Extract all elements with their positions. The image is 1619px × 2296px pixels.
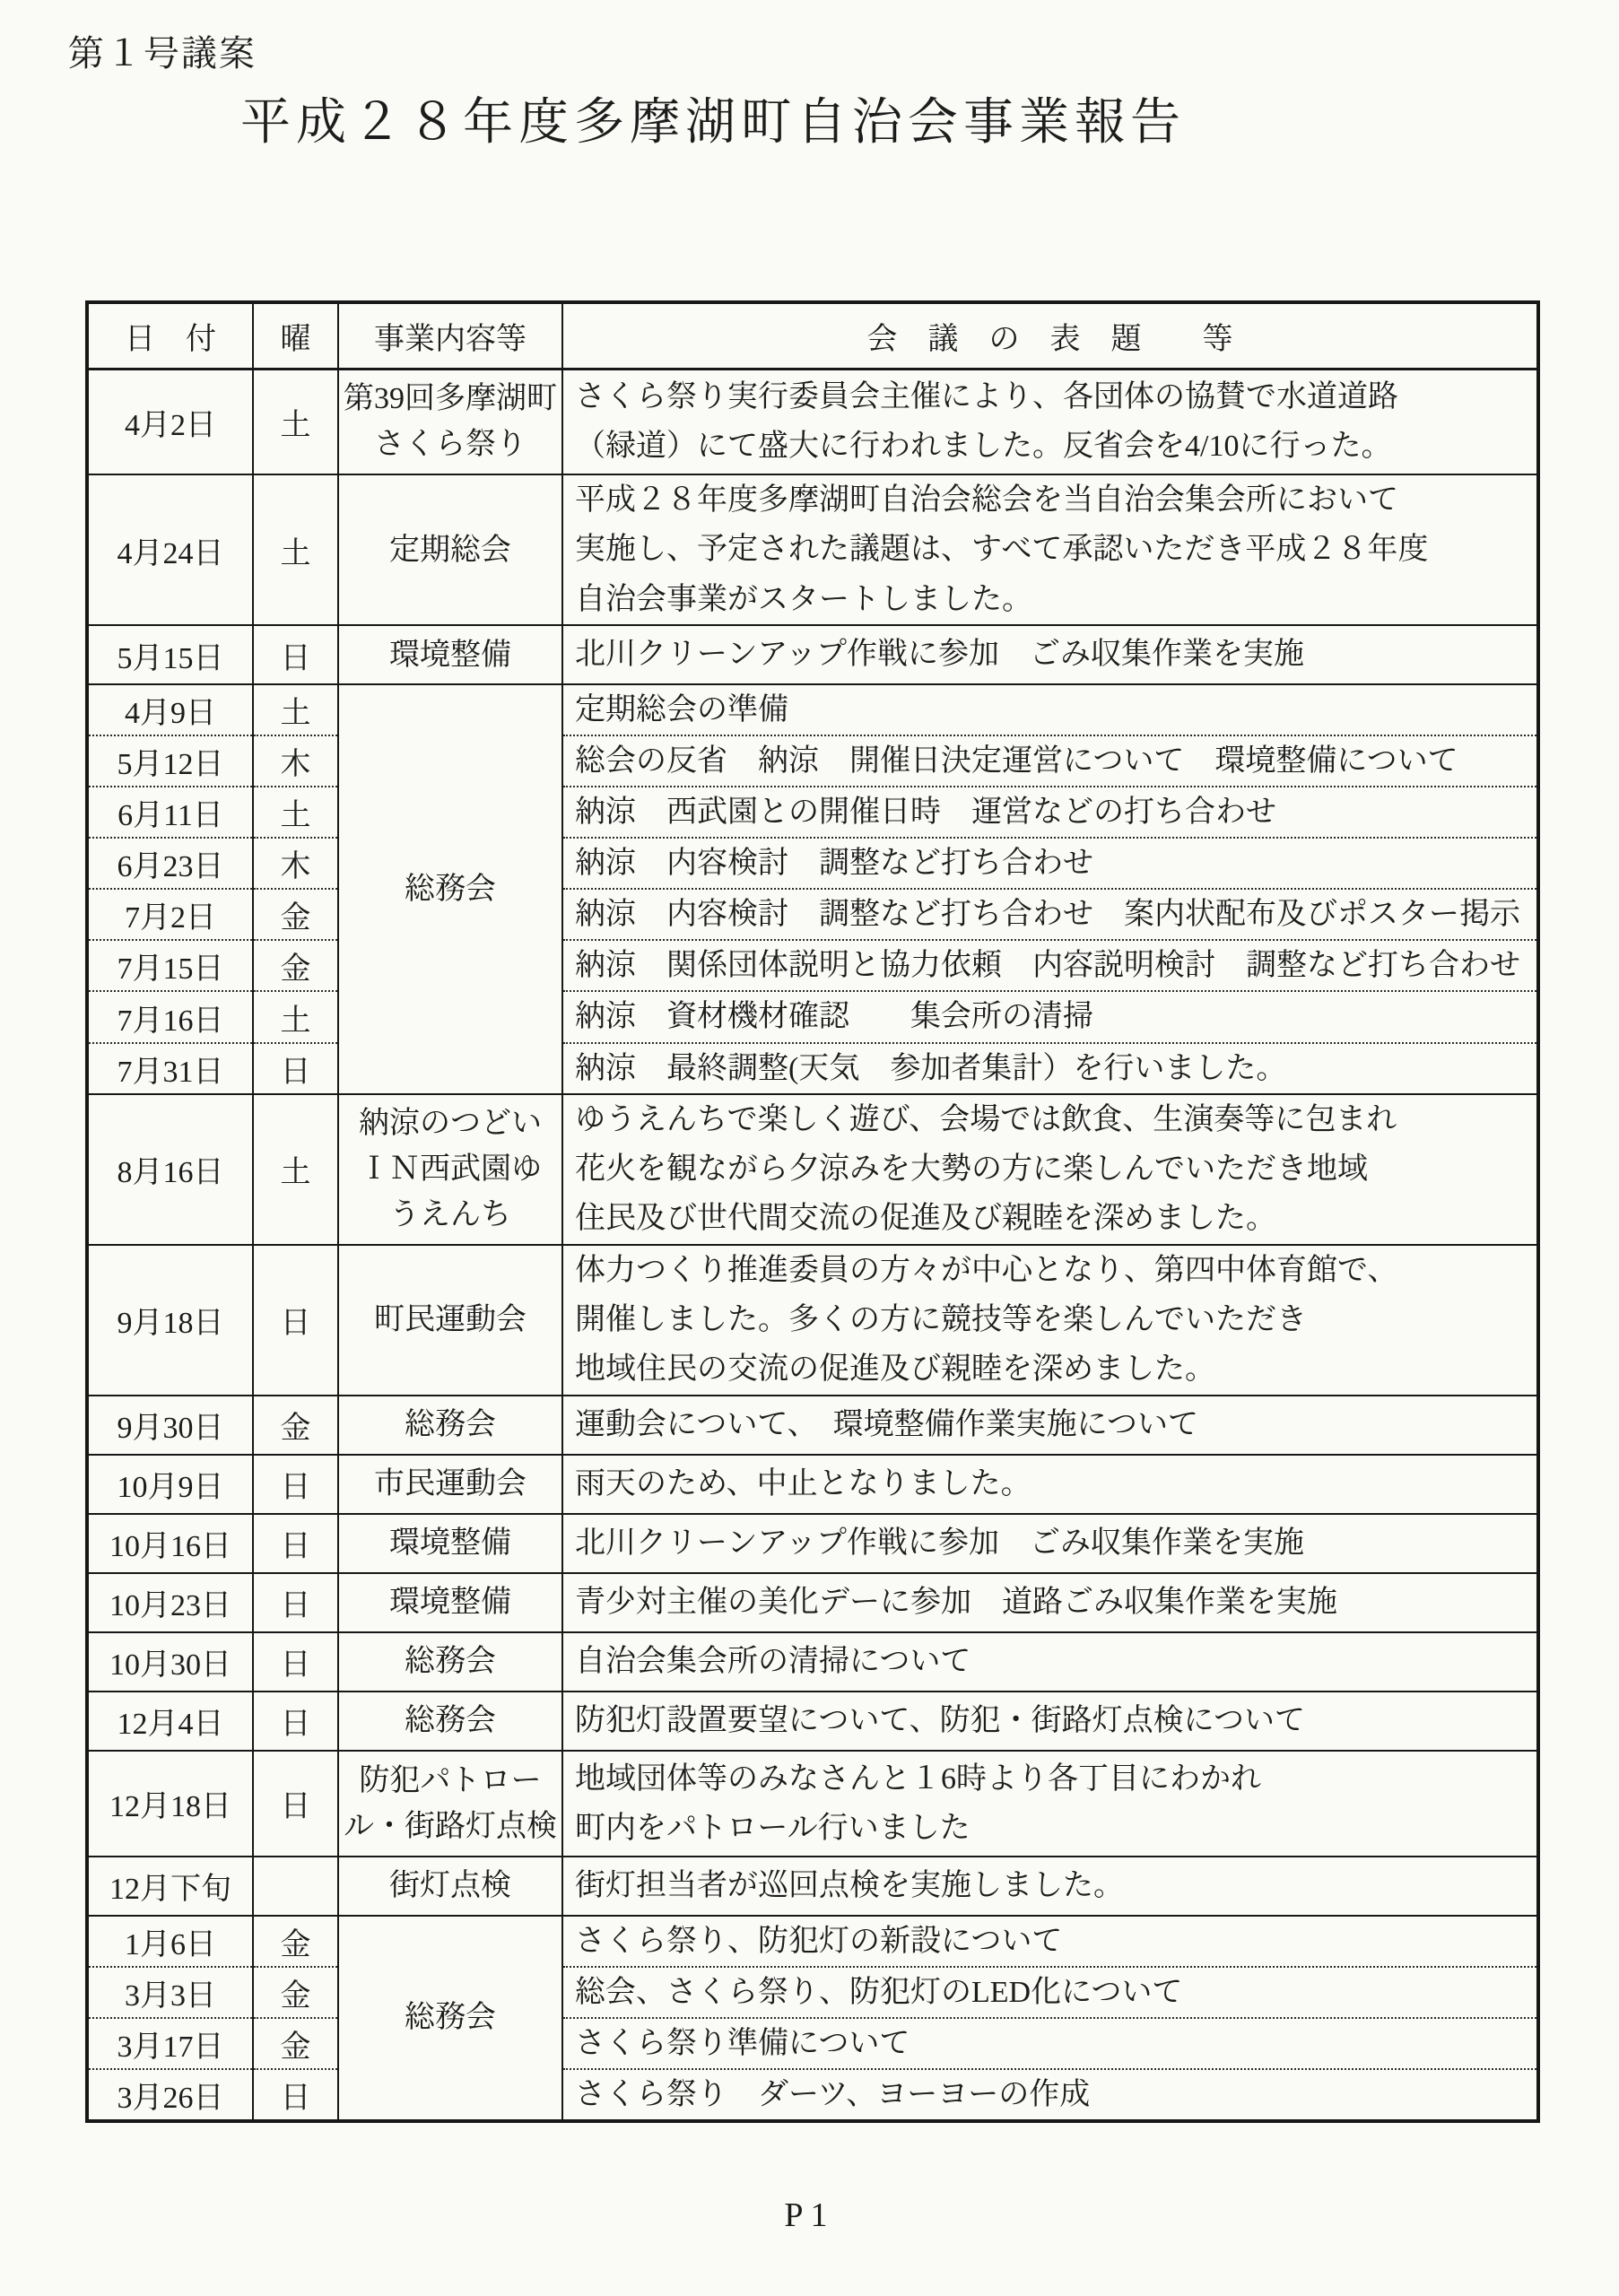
day-cell: 金: [253, 2018, 338, 2069]
table-row: 3月26日 日 さくら祭り ダーツ、ヨーヨーの作成: [87, 2069, 1538, 2121]
description-cell: 運動会について、 環境整備作業実施について: [562, 1396, 1538, 1455]
description-cell: ゆうえんちで楽しく遊び、会場では飲食、生演奏等に包まれ 花火を観ながら夕涼みを大…: [562, 1094, 1538, 1245]
category-cell: 総務会: [338, 1692, 562, 1751]
day-cell: 金: [253, 940, 338, 991]
date-cell: 4月9日: [87, 684, 253, 735]
table-row: 4月9日 土 総務会 定期総会の準備: [87, 684, 1538, 735]
description-line: 実施し、予定された議題は、すべて承認いただき平成２８年度: [575, 525, 1533, 574]
category-cell: 町民運動会: [338, 1245, 562, 1396]
date-cell: 10月9日: [87, 1455, 253, 1514]
day-cell: 木: [253, 838, 338, 889]
table-row: 12月18日 日 防犯パトロー ル・街路灯点検 地域団体等のみなさんと１6時より…: [87, 1751, 1538, 1857]
description-cell: 定期総会の準備: [562, 684, 1538, 735]
scanned-document-page: 第１号議案 平成２８年度多摩湖町自治会事業報告 日 付 曜 事業内容等 会 議 …: [0, 0, 1619, 2296]
day-cell: 日: [253, 1455, 338, 1514]
description-cell: 納涼 最終調整(天気 参加者集計）を行いました。: [562, 1043, 1538, 1094]
date-cell: 9月30日: [87, 1396, 253, 1455]
date-cell: 4月24日: [87, 474, 253, 625]
page-number: P1: [0, 2196, 1619, 2235]
date-cell: 7月15日: [87, 940, 253, 991]
description-line: 町内をパトロール行いました: [575, 1804, 1533, 1853]
description-cell: 北川クリーンアップ作戦に参加 ごみ収集作業を実施: [562, 1514, 1538, 1573]
description-line: 地域住民の交流の促進及び親睦を深めました。: [575, 1344, 1533, 1394]
table-header-row: 日 付 曜 事業内容等 会 議 の 表 題 等: [87, 302, 1538, 369]
description-cell: 北川クリーンアップ作戦に参加 ごみ収集作業を実施: [562, 625, 1538, 684]
category-cell-merged: 総務会: [338, 684, 562, 1094]
header-category: 事業内容等: [338, 302, 562, 369]
business-report-table: 日 付 曜 事業内容等 会 議 の 表 題 等 4月2日 土 第39回多摩湖町 …: [85, 300, 1540, 2123]
day-cell: 日: [253, 1043, 338, 1094]
day-cell: 土: [253, 787, 338, 838]
date-cell: 7月2日: [87, 889, 253, 940]
category-line: 防犯パトロー: [339, 1758, 561, 1804]
description-line: 花火を観ながら夕涼みを大勢の方に楽しんでいただき地域: [575, 1144, 1533, 1194]
day-cell: 金: [253, 1967, 338, 2018]
table-row: 3月3日 金 総会、さくら祭り、防犯灯のLED化について: [87, 1967, 1538, 2018]
day-cell: 土: [253, 991, 338, 1042]
category-line: さくら祭り: [339, 422, 561, 467]
date-cell: 8月16日: [87, 1094, 253, 1245]
description-cell: さくら祭り準備について: [562, 2018, 1538, 2069]
day-cell: 日: [253, 625, 338, 684]
day-cell: 日: [253, 1514, 338, 1573]
day-cell: 金: [253, 1396, 338, 1455]
date-cell: 12月18日: [87, 1751, 253, 1857]
description-line: 自治会事業がスタートしました。: [575, 575, 1533, 624]
category-cell: 街灯点検: [338, 1857, 562, 1916]
header-day: 曜: [253, 302, 338, 369]
day-cell: 日: [253, 1632, 338, 1692]
description-cell: さくら祭り、防犯灯の新設について: [562, 1916, 1538, 1967]
description-cell: 青少対主催の美化デーに参加 道路ごみ収集作業を実施: [562, 1573, 1538, 1632]
description-cell: 総会の反省 納涼 開催日決定運営について 環境整備について: [562, 735, 1538, 787]
day-cell: 土: [253, 369, 338, 474]
table-row: 1月6日 金 総務会 さくら祭り、防犯灯の新設について: [87, 1916, 1538, 1967]
category-cell: 総務会: [338, 1396, 562, 1455]
table-row: 5月15日 日 環境整備 北川クリーンアップ作戦に参加 ごみ収集作業を実施: [87, 625, 1538, 684]
day-cell: 日: [253, 1692, 338, 1751]
category-line: 第39回多摩湖町: [339, 376, 561, 422]
day-cell: [253, 1857, 338, 1916]
table-row: 4月2日 土 第39回多摩湖町 さくら祭り さくら祭り実行委員会主催により、各団…: [87, 369, 1538, 474]
table-row: 12月下旬 街灯点検 街灯担当者が巡回点検を実施しました。: [87, 1857, 1538, 1916]
description-cell: 雨天のため、中止となりました。: [562, 1455, 1538, 1514]
date-cell: 5月12日: [87, 735, 253, 787]
docket-number: 第１号議案: [68, 25, 257, 76]
date-cell: 10月23日: [87, 1573, 253, 1632]
category-line: うえんち: [339, 1192, 561, 1238]
date-cell: 10月30日: [87, 1632, 253, 1692]
table-row: 10月16日 日 環境整備 北川クリーンアップ作戦に参加 ごみ収集作業を実施: [87, 1514, 1538, 1573]
date-cell: 6月11日: [87, 787, 253, 838]
description-cell: さくら祭り ダーツ、ヨーヨーの作成: [562, 2069, 1538, 2121]
table-row: 7月16日 土 納涼 資材機材確認 集会所の清掃: [87, 991, 1538, 1042]
category-cell-merged: 総務会: [338, 1916, 562, 2121]
table-row: 8月16日 土 納涼のつどい ＩＮ西武園ゆ うえんち ゆうえんちで楽しく遊び、会…: [87, 1094, 1538, 1245]
category-cell: 定期総会: [338, 474, 562, 625]
description-cell: 納涼 関係団体説明と協力依頼 内容説明検討 調整など打ち合わせ: [562, 940, 1538, 991]
category-cell: 総務会: [338, 1632, 562, 1692]
table-row: 9月18日 日 町民運動会 体力つくり推進委員の方々が中心となり、第四中体育館で…: [87, 1245, 1538, 1396]
date-cell: 7月16日: [87, 991, 253, 1042]
category-line: ル・街路灯点検: [339, 1804, 561, 1849]
description-cell: 体力つくり推進委員の方々が中心となり、第四中体育館で、 開催しました。多くの方に…: [562, 1245, 1538, 1396]
day-cell: 日: [253, 1245, 338, 1396]
description-line: ゆうえんちで楽しく遊び、会場では飲食、生演奏等に包まれ: [575, 1095, 1533, 1144]
table-row: 6月11日 土 納涼 西武園との開催日時 運営などの打ち合わせ: [87, 787, 1538, 838]
category-cell: 防犯パトロー ル・街路灯点検: [338, 1751, 562, 1857]
day-cell: 金: [253, 889, 338, 940]
day-cell: 日: [253, 1573, 338, 1632]
table-row: 7月2日 金 納涼 内容検討 調整など打ち合わせ 案内状配布及びポスター掲示: [87, 889, 1538, 940]
day-cell: 日: [253, 2069, 338, 2121]
description-line: 開催しました。多くの方に競技等を楽しんでいただき: [575, 1295, 1533, 1344]
table-row: 10月9日 日 市民運動会 雨天のため、中止となりました。: [87, 1455, 1538, 1514]
description-cell: 防犯灯設置要望について、防犯・街路灯点検について: [562, 1692, 1538, 1751]
day-cell: 土: [253, 474, 338, 625]
day-cell: 土: [253, 1094, 338, 1245]
date-cell: 3月26日: [87, 2069, 253, 2121]
description-cell: 総会、さくら祭り、防犯灯のLED化について: [562, 1967, 1538, 2018]
table-row: 7月15日 金 納涼 関係団体説明と協力依頼 内容説明検討 調整など打ち合わせ: [87, 940, 1538, 991]
date-cell: 6月23日: [87, 838, 253, 889]
description-line: さくら祭り実行委員会主催により、各団体の協賛で水道道路: [575, 372, 1533, 422]
table-row: 3月17日 金 さくら祭り準備について: [87, 2018, 1538, 2069]
date-cell: 9月18日: [87, 1245, 253, 1396]
category-line: ＩＮ西武園ゆ: [339, 1146, 561, 1192]
category-line: 納涼のつどい: [339, 1100, 561, 1146]
description-line: （緑道）にて盛大に行われました。反省会を4/10に行った。: [575, 422, 1533, 471]
description-line: 体力つくり推進委員の方々が中心となり、第四中体育館で、: [575, 1246, 1533, 1295]
day-cell: 木: [253, 735, 338, 787]
description-line: 平成２８年度多摩湖町自治会総会を当自治会集会所において: [575, 475, 1533, 525]
date-cell: 7月31日: [87, 1043, 253, 1094]
description-cell: 納涼 資材機材確認 集会所の清掃: [562, 991, 1538, 1042]
header-meeting-title: 会 議 の 表 題 等: [562, 302, 1538, 369]
date-cell: 10月16日: [87, 1514, 253, 1573]
header-date: 日 付: [87, 302, 253, 369]
day-cell: 金: [253, 1916, 338, 1967]
description-cell: 街灯担当者が巡回点検を実施しました。: [562, 1857, 1538, 1916]
description-cell: 納涼 内容検討 調整など打ち合わせ: [562, 838, 1538, 889]
day-cell: 日: [253, 1751, 338, 1857]
table-row: 5月12日 木 総会の反省 納涼 開催日決定運営について 環境整備について: [87, 735, 1538, 787]
description-cell: 地域団体等のみなさんと１6時より各丁目にわかれ 町内をパトロール行いました: [562, 1751, 1538, 1857]
category-cell: 市民運動会: [338, 1455, 562, 1514]
table-row: 12月4日 日 総務会 防犯灯設置要望について、防犯・街路灯点検について: [87, 1692, 1538, 1751]
description-line: 住民及び世代間交流の促進及び親睦を深めました。: [575, 1194, 1533, 1243]
day-cell: 土: [253, 684, 338, 735]
description-line: 地域団体等のみなさんと１6時より各丁目にわかれ: [575, 1754, 1533, 1804]
category-cell: 環境整備: [338, 1573, 562, 1632]
date-cell: 12月下旬: [87, 1857, 253, 1916]
description-cell: 納涼 内容検討 調整など打ち合わせ 案内状配布及びポスター掲示: [562, 889, 1538, 940]
category-cell: 納涼のつどい ＩＮ西武園ゆ うえんち: [338, 1094, 562, 1245]
date-cell: 1月6日: [87, 1916, 253, 1967]
table-row: 10月30日 日 総務会 自治会集会所の清掃について: [87, 1632, 1538, 1692]
date-cell: 5月15日: [87, 625, 253, 684]
table-row: 6月23日 木 納涼 内容検討 調整など打ち合わせ: [87, 838, 1538, 889]
document-title: 平成２８年度多摩湖町自治会事業報告: [240, 83, 1186, 154]
category-cell: 環境整備: [338, 625, 562, 684]
table-row: 4月24日 土 定期総会 平成２８年度多摩湖町自治会総会を当自治会集会所において…: [87, 474, 1538, 625]
table-row: 10月23日 日 環境整備 青少対主催の美化デーに参加 道路ごみ収集作業を実施: [87, 1573, 1538, 1632]
date-cell: 4月2日: [87, 369, 253, 474]
table-row: 7月31日 日 納涼 最終調整(天気 参加者集計）を行いました。: [87, 1043, 1538, 1094]
category-cell: 環境整備: [338, 1514, 562, 1573]
description-cell: 平成２８年度多摩湖町自治会総会を当自治会集会所において 実施し、予定された議題は…: [562, 474, 1538, 625]
description-cell: 納涼 西武園との開催日時 運営などの打ち合わせ: [562, 787, 1538, 838]
table-row: 9月30日 金 総務会 運動会について、 環境整備作業実施について: [87, 1396, 1538, 1455]
category-cell: 第39回多摩湖町 さくら祭り: [338, 369, 562, 474]
date-cell: 3月3日: [87, 1967, 253, 2018]
description-cell: さくら祭り実行委員会主催により、各団体の協賛で水道道路 （緑道）にて盛大に行われ…: [562, 369, 1538, 474]
date-cell: 3月17日: [87, 2018, 253, 2069]
description-cell: 自治会集会所の清掃について: [562, 1632, 1538, 1692]
date-cell: 12月4日: [87, 1692, 253, 1751]
